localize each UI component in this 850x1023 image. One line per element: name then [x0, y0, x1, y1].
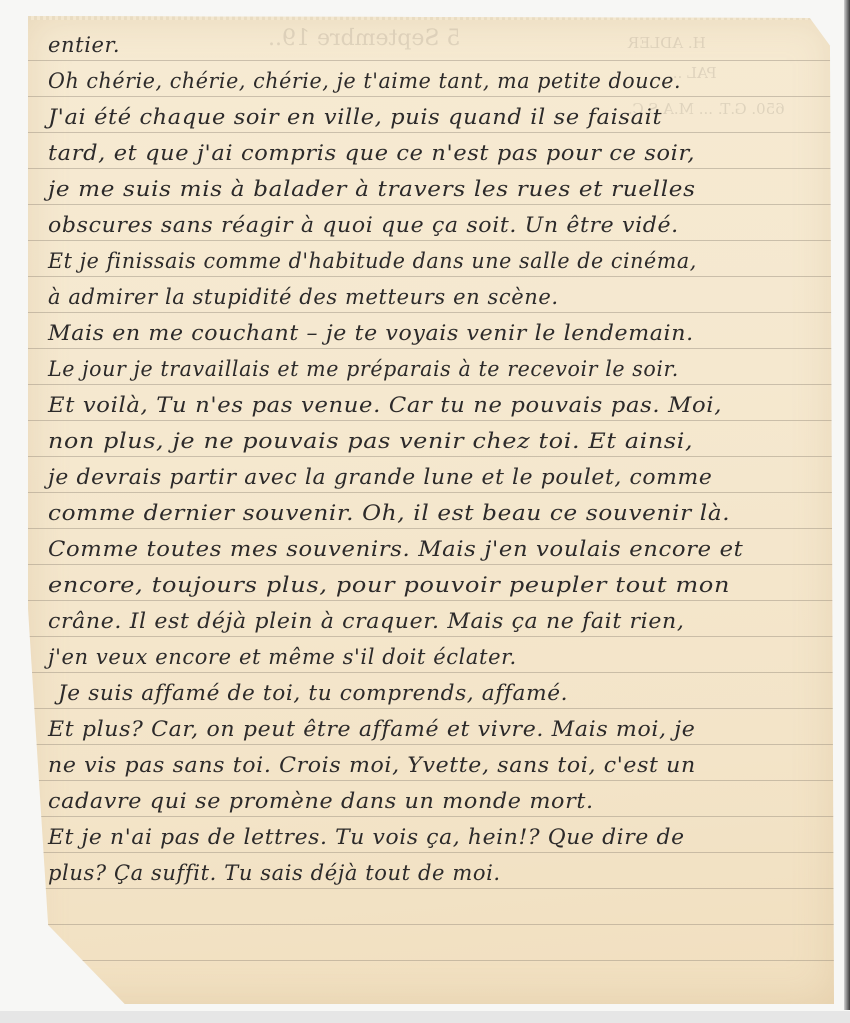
letter-line: crâne. Il est déjà plein à craquer. Mais… [48, 604, 684, 638]
scanner-edge-shadow [844, 0, 850, 1010]
letter-line: plus? Ça suffit. Tu sais déjà tout de mo… [48, 856, 501, 890]
letter-line: Comme toutes mes souvenirs. Mais j'en vo… [48, 532, 743, 566]
letter-line: entier. [48, 28, 120, 62]
letter-line: Et je n'ai pas de lettres. Tu vois ça, h… [48, 820, 685, 854]
scanned-letter-page: 5 Septembre 19.. H. ADLER PAL ... 650. G… [0, 0, 850, 1023]
letter-line: non plus, je ne pouvais pas venir chez t… [48, 424, 693, 458]
letter-line: à admirer la stupidité des metteurs en s… [48, 280, 559, 314]
letter-line: Et plus? Car, on peut être affamé et viv… [48, 712, 695, 746]
scanner-bottom-strip [0, 1011, 850, 1023]
letter-body: entier. Oh chérie, chérie, chérie, je t'… [28, 16, 834, 1004]
letter-line: Et je finissais comme d'habitude dans un… [48, 244, 697, 278]
letter-line: Et voilà, Tu n'es pas venue. Car tu ne p… [48, 388, 722, 422]
letter-line: encore, toujours plus, pour pouvoir peup… [48, 568, 730, 602]
letter-line: ne vis pas sans toi. Crois moi, Yvette, … [48, 748, 696, 782]
letter-line: je me suis mis à balader à travers les r… [48, 172, 696, 206]
letter-paper: 5 Septembre 19.. H. ADLER PAL ... 650. G… [28, 16, 834, 1004]
letter-line: tard, et que j'ai compris que ce n'est p… [48, 136, 695, 170]
letter-line: J'ai été chaque soir en ville, puis quan… [48, 100, 662, 134]
letter-line: j'en veux encore et même s'il doit éclat… [48, 640, 517, 674]
letter-line: Oh chérie, chérie, chérie, je t'aime tan… [48, 64, 681, 98]
letter-line: Mais en me couchant – je te voyais venir… [48, 316, 694, 350]
letter-line: cadavre qui se promène dans un monde mor… [48, 784, 594, 818]
letter-line: comme dernier souvenir. Oh, il est beau … [48, 496, 730, 530]
letter-line: Je suis affamé de toi, tu comprends, aff… [58, 676, 568, 710]
letter-line: je devrais partir avec la grande lune et… [48, 460, 712, 494]
letter-line: Le jour je travaillais et me préparais à… [48, 352, 679, 386]
letter-line: obscures sans réagir à quoi que ça soit.… [48, 208, 679, 242]
